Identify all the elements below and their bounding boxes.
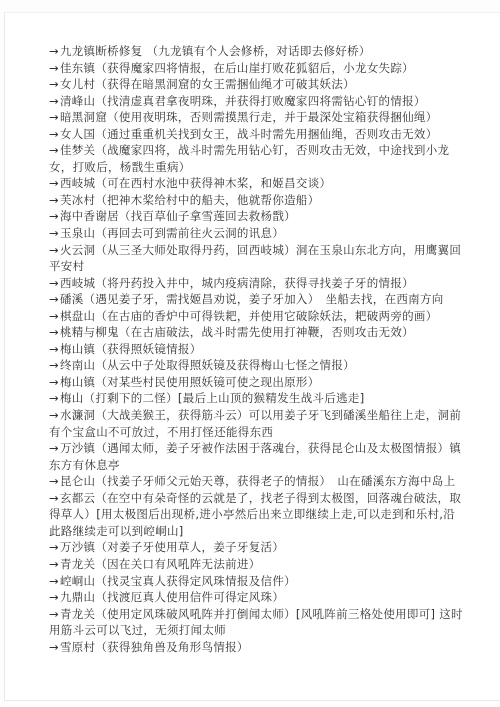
walkthrough-line-text: 崆峒山（找灵宝真人获得定风珠情报及信件） <box>60 574 296 588</box>
arrow-icon: → <box>49 127 60 141</box>
walkthrough-line-text: 芙冰村（把神木桨给村中的船夫，他就帮你造船） <box>60 193 320 207</box>
walkthrough-line: →芙冰村（把神木桨给村中的船夫，他就帮你造船） <box>49 192 465 209</box>
arrow-icon: → <box>49 77 60 91</box>
walkthrough-line-text: 万沙镇（遇闻太师，姜子牙被作法困于落魂台，获得昆仑山及太极图情报）镇东方有休息亭 <box>49 441 461 472</box>
walkthrough-line: →佳梦关（战魔家四将，战斗时需先用钻心钉，否则攻击无效，中途找到小龙女，打败后，… <box>49 142 465 175</box>
walkthrough-line: →梅山（打剩下的二怪）[最后上山顶的猴精发生战斗后逃走] <box>49 390 465 407</box>
walkthrough-line: →玉泉山（再回去可到需前往火云洞的讯息） <box>49 225 465 242</box>
walkthrough-line-text: 海中香谢居（找百草仙子拿雪莲回去救杨戬） <box>60 209 296 223</box>
walkthrough-line-text: 桃精与柳鬼（在古庙破法，战斗时需先使用打神鞭，否则攻击无效） <box>60 325 414 339</box>
arrow-icon: → <box>49 276 60 290</box>
walkthrough-line: →九龙镇断桥修复 （九龙镇有个人会修桥，对话即去修好桥） <box>49 43 465 60</box>
walkthrough-line-text: 梅山（打剩下的二怪）[最后上山顶的猴精发生战斗后逃走] <box>60 391 365 405</box>
arrow-icon: → <box>49 94 60 108</box>
arrow-icon: → <box>49 342 60 356</box>
walkthrough-line-text: 清峰山（找清虚真君拿夜明珠，并获得打败魔家四将需钻心钉的情报） <box>60 94 426 108</box>
arrow-icon: → <box>49 540 60 554</box>
walkthrough-line-text: 终南山（从云中子处取得照妖镜及获得梅山七怪之情报） <box>60 358 355 372</box>
arrow-icon: → <box>49 44 60 58</box>
walkthrough-line: →女儿村（获得在暗黑洞窟的女王需捆仙绳才可破其妖法） <box>49 76 465 93</box>
arrow-icon: → <box>49 491 60 505</box>
walkthrough-line: →棋盘山（在古庙的香炉中可得铁耙，并使用它破除妖法，耙破两旁的画） <box>49 308 465 325</box>
arrow-icon: → <box>49 607 60 621</box>
walkthrough-line: →雪原村（获得独角兽及角形鸟情报） <box>49 639 465 656</box>
walkthrough-line: →梅山镇（获得照妖镜情报） <box>49 341 465 358</box>
walkthrough-line: →海中香谢居（找百草仙子拿雪莲回去救杨戬） <box>49 208 465 225</box>
arrow-icon: → <box>49 358 60 372</box>
arrow-icon: → <box>49 590 60 604</box>
arrow-icon: → <box>49 61 60 75</box>
walkthrough-line-text: 水濂洞（大战美猴王，获得筋斗云）可以用姜子牙飞到磻溪坐船往上走，洞前有个宝盒山不… <box>49 408 461 439</box>
walkthrough-line-text: 玄都云（在空中有朵奇怪的云就是了，找老子得到太极图，回落魂台破法，取得草人）[用… <box>49 491 461 538</box>
arrow-icon: → <box>49 226 60 240</box>
walkthrough-line-text: 雪原村（获得独角兽及角形鸟情报） <box>60 640 249 654</box>
walkthrough-line: →玄都云（在空中有朵奇怪的云就是了，找老子得到太极图，回落魂台破法，取得草人）[… <box>49 490 465 540</box>
walkthrough-line: →青龙关（因在关口有风吼阵无法前进） <box>49 556 465 573</box>
arrow-icon: → <box>49 408 60 422</box>
arrow-icon: → <box>49 574 60 588</box>
walkthrough-line-text: 磻溪（遇见姜子牙，需找姬昌劝说，姜子牙加入） 坐船去找，在西南方向 <box>60 292 444 306</box>
walkthrough-line: →清峰山（找清虚真君拿夜明珠，并获得打败魔家四将需钻心钉的情报） <box>49 93 465 110</box>
walkthrough-line: →火云洞（从三圣大师处取得丹药，回西岐城）洞在玉泉山东北方向，用鹰翼回平安村 <box>49 242 465 275</box>
walkthrough-line: →终南山（从云中子处取得照妖镜及获得梅山七怪之情报） <box>49 357 465 374</box>
arrow-icon: → <box>49 176 60 190</box>
arrow-icon: → <box>49 243 60 257</box>
arrow-icon: → <box>49 391 60 405</box>
document-page: →九龙镇断桥修复 （九龙镇有个人会修桥，对话即去修好桥） →佳东镇（获得魔家四将… <box>4 12 500 701</box>
arrow-icon: → <box>49 375 60 389</box>
arrow-icon: → <box>49 309 60 323</box>
walkthrough-line: →磻溪（遇见姜子牙，需找姬昌劝说，姜子牙加入） 坐船去找，在西南方向 <box>49 291 465 308</box>
walkthrough-line: →桃精与柳鬼（在古庙破法，战斗时需先使用打神鞭，否则攻击无效） <box>49 324 465 341</box>
walkthrough-line-text: 九龙镇断桥修复 （九龙镇有个人会修桥，对话即去修好桥） <box>60 44 371 58</box>
walkthrough-line-text: 火云洞（从三圣大师处取得丹药，回西岐城）洞在玉泉山东北方向，用鹰翼回平安村 <box>49 243 461 274</box>
walkthrough-line: →西岐城（将丹药投入井中，城内疫病清除，获得寻找姜子牙的情报） <box>49 275 465 292</box>
walkthrough-line: →万沙镇（对姜子牙使用草人，姜子牙复活） <box>49 539 465 556</box>
walkthrough-line-text: 女人国（通过重重机关找到女王，战斗时需先用捆仙绳，否则攻击无效） <box>60 127 438 141</box>
walkthrough-list: →九龙镇断桥修复 （九龙镇有个人会修桥，对话即去修好桥） →佳东镇（获得魔家四将… <box>49 43 465 655</box>
arrow-icon: → <box>49 292 60 306</box>
walkthrough-line-text: 西岐城（可在西村水池中获得神木桨，和姬昌交谈） <box>60 176 331 190</box>
walkthrough-line-text: 万沙镇（对姜子牙使用草人，姜子牙复活） <box>60 540 284 554</box>
arrow-icon: → <box>49 474 60 488</box>
arrow-icon: → <box>49 193 60 207</box>
walkthrough-line-text: 西岐城（将丹药投入井中，城内疫病清除，获得寻找姜子牙的情报） <box>60 276 414 290</box>
walkthrough-line: →昆仑山（找姜子牙师父元始天尊，获得老子的情报） 山在磻溪东方海中岛上 <box>49 473 465 490</box>
walkthrough-line: →水濂洞（大战美猴王，获得筋斗云）可以用姜子牙飞到磻溪坐船往上走，洞前有个宝盒山… <box>49 407 465 440</box>
walkthrough-line-text: 佳东镇（获得魔家四将情报，在后山崖打败花狐貂后，小龙女失踪） <box>60 61 414 75</box>
walkthrough-line-text: 梅山镇（获得照妖镜情报） <box>60 342 202 356</box>
walkthrough-line-text: 青龙关（因在关口有风吼阵无法前进） <box>60 557 261 571</box>
arrow-icon: → <box>49 110 60 124</box>
walkthrough-line: →崆峒山（找灵宝真人获得定风珠情报及信件） <box>49 573 465 590</box>
walkthrough-line: →佳东镇（获得魔家四将情报，在后山崖打败花狐貂后，小龙女失踪） <box>49 60 465 77</box>
walkthrough-line-text: 梅山镇（对某些村民使用照妖镜可使之现出原形） <box>60 375 320 389</box>
walkthrough-line-text: 九鼎山（找渡厄真人使用信件可得定风珠） <box>60 590 284 604</box>
arrow-icon: → <box>49 640 60 654</box>
walkthrough-line-text: 玉泉山（再回去可到需前往火云洞的讯息） <box>60 226 284 240</box>
walkthrough-line-text: 佳梦关（战魔家四将，战斗时需先用钻心钉，否则攻击无效，中途找到小龙女，打败后，杨… <box>49 143 449 174</box>
arrow-icon: → <box>49 325 60 339</box>
walkthrough-line-text: 女儿村（获得在暗黑洞窟的女王需捆仙绳才可破其妖法） <box>60 77 355 91</box>
walkthrough-line-text: 暗黑洞窟（使用夜明珠，否则需摸黑行走，并于最深处宝箱获得捆仙绳） <box>60 110 438 124</box>
walkthrough-line: →梅山镇（对某些村民使用照妖镜可使之现出原形） <box>49 374 465 391</box>
walkthrough-line: →暗黑洞窟（使用夜明珠，否则需摸黑行走，并于最深处宝箱获得捆仙绳） <box>49 109 465 126</box>
arrow-icon: → <box>49 143 60 157</box>
arrow-icon: → <box>49 441 60 455</box>
walkthrough-line: →万沙镇（遇闻太师，姜子牙被作法困于落魂台，获得昆仑山及太极图情报）镇东方有休息… <box>49 440 465 473</box>
arrow-icon: → <box>49 557 60 571</box>
walkthrough-line: →西岐城（可在西村水池中获得神木桨，和姬昌交谈） <box>49 175 465 192</box>
arrow-icon: → <box>49 209 60 223</box>
walkthrough-line-text: 青龙关（使用定风珠破风吼阵并打倒闻太师）[风吼阵前三格处使用即可] 这时用筋斗云… <box>49 607 463 638</box>
walkthrough-line: →女人国（通过重重机关找到女王，战斗时需先用捆仙绳，否则攻击无效） <box>49 126 465 143</box>
walkthrough-line: →青龙关（使用定风珠破风吼阵并打倒闻太师）[风吼阵前三格处使用即可] 这时用筋斗… <box>49 606 465 639</box>
walkthrough-line-text: 棋盘山（在古庙的香炉中可得铁耙，并使用它破除妖法，耙破两旁的画） <box>60 309 438 323</box>
walkthrough-line: →九鼎山（找渡厄真人使用信件可得定风珠） <box>49 589 465 606</box>
walkthrough-line-text: 昆仑山（找姜子牙师父元始天尊，获得老子的情报） 山在磻溪东方海中岛上 <box>60 474 455 488</box>
